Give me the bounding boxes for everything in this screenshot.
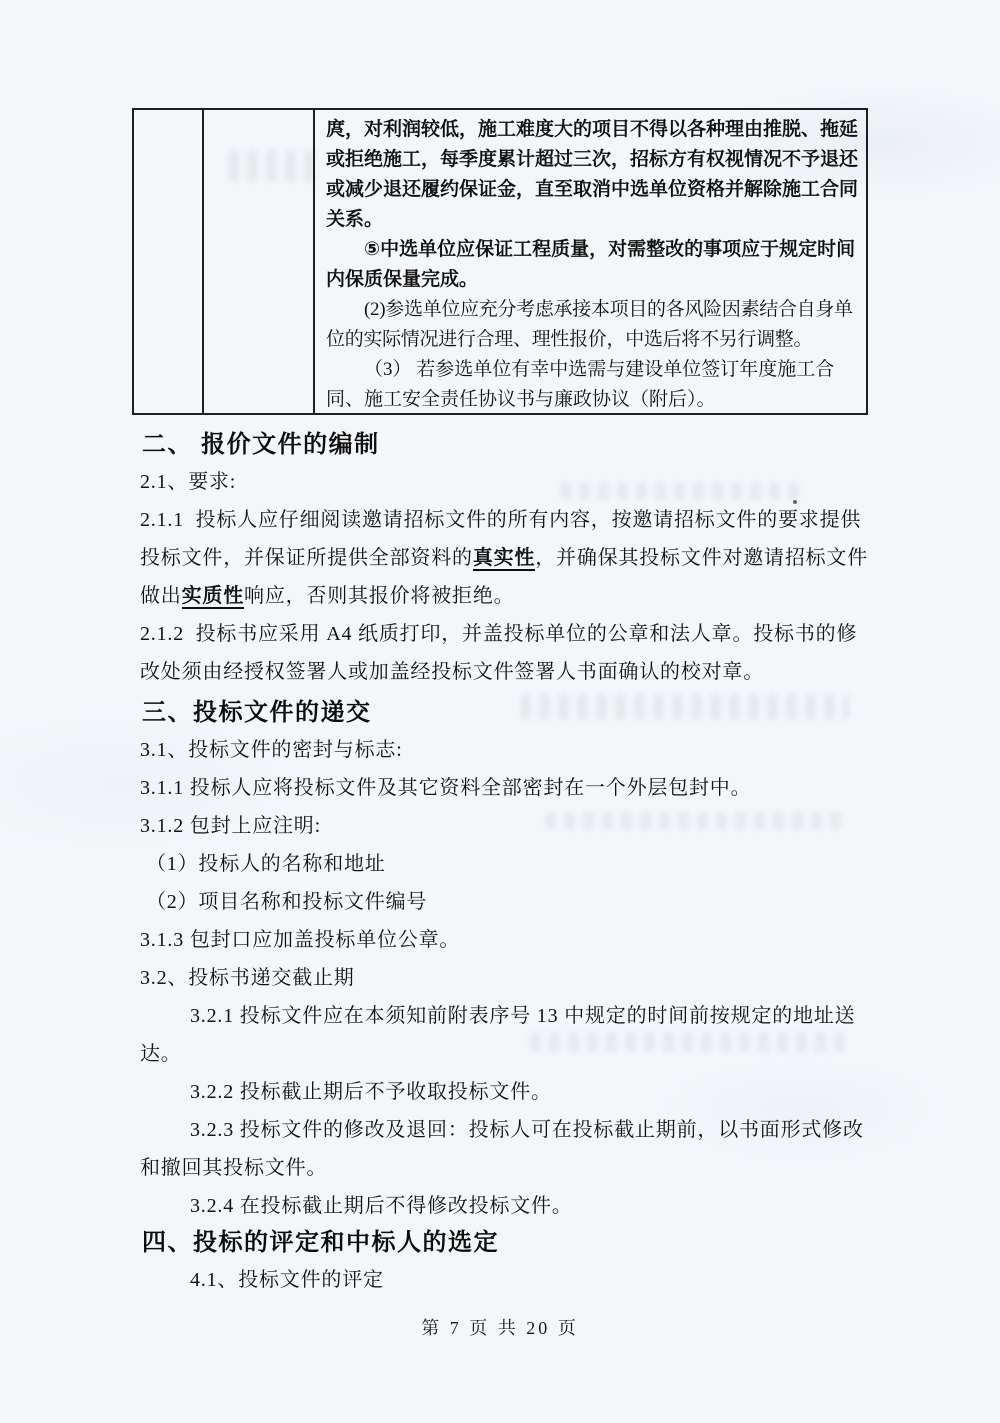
page-number: 第 7 页 共 20 页	[0, 1314, 1000, 1340]
clause-3-1-2-item2: （2）项目名称和投标文件编号	[140, 883, 870, 921]
clause-3-2-4: 3.2.4 在投标截止期后不得修改投标文件。	[140, 1187, 870, 1225]
clause-3-1-2-item1: （1）投标人的名称和地址	[140, 845, 870, 883]
section-heading-3: 三、投标文件的递交	[142, 695, 870, 731]
underlined-term: 实质性	[182, 585, 244, 609]
section-heading-2: 二、 报价文件的编制	[142, 427, 870, 463]
table-paragraph-continued: 庹，对利润较低，施工难度大的项目不得以各种理由推脱、拖延或拒绝施工，每季度累计超…	[326, 115, 858, 235]
table-paragraph-item5: ⑤中选单位应保证工程质量，对需整改的事项应于规定时间内保质保量完成。	[326, 235, 858, 295]
document-body: 二、 报价文件的编制 2.1、要求: 2.1.1 投标人应仔细阅读邀请招标文件的…	[140, 415, 870, 1299]
clause-3-1-1: 3.1.1 投标人应将投标文件及其它资料全部密封在一个外层包封中。	[140, 769, 870, 807]
text-segment: 响应，否则其报价将被拒绝。	[244, 585, 514, 607]
table-cell-empty-1	[134, 110, 204, 413]
clause-3-2-1: 3.2.1 投标文件应在本须知前附表序号 13 中规定的时间前按规定的地址送达。	[140, 997, 870, 1073]
clause-3-2: 3.2、投标书递交截止期	[140, 959, 870, 997]
clause-2-1-2: 2.1.2 投标书应采用 A4 纸质打印，并盖投标单位的公章和法人章。投标书的修…	[140, 615, 870, 691]
table-paragraph-item3: （3） 若参选单位有幸中选需与建设单位签订年度施工合同、施工安全责任协议书与廉政…	[326, 355, 858, 413]
clause-2-1: 2.1、要求:	[140, 463, 870, 501]
clause-3-1-2: 3.1.2 包封上应注明:	[140, 807, 870, 845]
clause-4-1: 4.1、投标文件的评定	[140, 1261, 870, 1299]
section-heading-4: 四、投标的评定和中标人的选定	[142, 1225, 870, 1261]
clause-3-2-3: 3.2.3 投标文件的修改及退回：投标人可在投标截止期前，以书面形式修改和撤回其…	[140, 1111, 870, 1187]
conditions-table: 庹，对利润较低，施工难度大的项目不得以各种理由推脱、拖延或拒绝施工，每季度累计超…	[132, 108, 868, 415]
table-cell-content: 庹，对利润较低，施工难度大的项目不得以各种理由推脱、拖延或拒绝施工，每季度累计超…	[315, 110, 866, 413]
scanned-document-page: 庹，对利润较低，施工难度大的项目不得以各种理由推脱、拖延或拒绝施工，每季度累计超…	[0, 0, 1000, 1423]
table-cell-empty-2	[204, 110, 315, 413]
clause-3-2-2: 3.2.2 投标截止期后不予收取投标文件。	[140, 1073, 870, 1111]
underlined-term: 真实性	[473, 547, 535, 571]
clause-3-1: 3.1、投标文件的密封与标志:	[140, 731, 870, 769]
table-paragraph-item2: (2)参选单位应充分考虑承接本项目的各风险因素结合自身单位的实际情况进行合理、理…	[326, 295, 858, 355]
clause-2-1-1: 2.1.1 投标人应仔细阅读邀请招标文件的所有内容，按邀请招标文件的要求提供投标…	[140, 501, 870, 615]
clause-3-1-3: 3.1.3 包封口应加盖投标单位公章。	[140, 921, 870, 959]
